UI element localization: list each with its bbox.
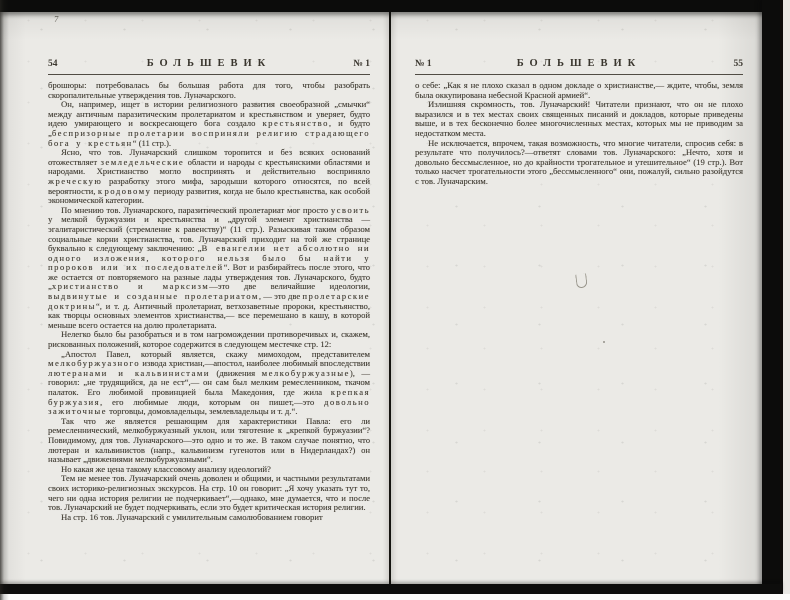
page-right: № 1 БОЛЬШЕВИК 55 о себе: „Как я не плохо…: [415, 58, 743, 187]
body-text-segment: „Апостол Павел, который является, скажу …: [61, 349, 370, 359]
scanned-book-spread: 54 БОЛЬШЕВИК № 1 брошюры: потребовалась …: [0, 0, 790, 600]
body-text-segment: извода христиан,—апостол, наиболее любим…: [140, 358, 370, 368]
body-text-segment: Тем не менее тов. Луначарский очень дово…: [48, 473, 370, 512]
body-text-segment: Но какая же цена такому классовому анали…: [61, 464, 271, 474]
paragraph: Не исключается, впрочем, такая возможнос…: [415, 139, 743, 187]
journal-masthead: БОЛЬШЕВИК: [94, 58, 324, 69]
scan-border-bottom: [0, 584, 782, 594]
paragraph: На стр. 16 тов. Луначарский с умилительн…: [48, 513, 370, 523]
scan-border-right: [762, 0, 783, 594]
issue-number: № 1: [415, 59, 461, 69]
dust-speck: [566, 143, 568, 146]
body-text-segment: “, и т. д. Античный пролетариат, ветхоза…: [48, 301, 370, 330]
dust-speck: [603, 341, 605, 343]
body-text-segment: Излишняя скромность, тов. Луначарский! Ч…: [415, 99, 743, 138]
paragraph: Тем не менее тов. Луначарский очень дово…: [48, 474, 370, 512]
paragraph: По мнению тов. Луначарского, паразитичес…: [48, 206, 370, 331]
book-gutter-fold: [389, 12, 391, 584]
emphasized-text: мелкобуржуазные: [262, 368, 350, 378]
page-number-right: 55: [697, 59, 743, 69]
body-text-segment: —это две величайшие идеологии,: [209, 281, 370, 291]
body-text-segment: Не исключается, впрочем, такая возможнос…: [415, 138, 743, 186]
body-text-segment: По мнению тов. Луначарского, паразитичес…: [61, 205, 331, 215]
emphasized-text: беспризорные пролетарии восприняли религ…: [48, 128, 370, 148]
emphasized-text: земледельческие: [101, 157, 185, 167]
paragraph: „Апостол Павел, который является, скажу …: [48, 350, 370, 417]
emphasized-text: родовому: [104, 186, 151, 196]
body-text-segment: торговцы, домовладельцы, землевладельцы …: [107, 406, 297, 416]
emphasized-text: жреческую: [48, 176, 102, 186]
page-text-right: о себе: „Как я не плохо сказал в одном д…: [415, 81, 743, 187]
stray-pencil-mark: 7: [53, 14, 59, 24]
journal-masthead: БОЛЬШЕВИК: [461, 58, 697, 69]
emphasized-text: лютеранами и кальвинистами: [48, 368, 210, 378]
body-text-segment: , — это две: [259, 291, 303, 301]
body-text-segment: Так что же является решающим для характе…: [48, 416, 370, 464]
body-text-segment: , его любимые люди, которым он пишет,—эт…: [100, 397, 324, 407]
scan-border-left: [0, 0, 9, 600]
paragraph: Нелегко было бы разобраться и в том нагр…: [48, 330, 370, 349]
ink-smudge-mark: [575, 273, 588, 288]
issue-number: № 1: [324, 59, 370, 69]
scan-border-top: [0, 0, 790, 12]
emphasized-text: крестьянство: [263, 118, 329, 128]
emphasized-text: усвоить: [331, 205, 370, 215]
paragraph: Ясно, что тов. Луначарский слишком тороп…: [48, 148, 370, 206]
body-text-segment: На стр. 16 тов. Луначарский с умилительн…: [61, 512, 323, 522]
page-left: 54 БОЛЬШЕВИК № 1 брошюры: потребовалась …: [48, 58, 370, 522]
emphasized-text: мелкобуржуазного: [48, 358, 140, 368]
paragraph: о себе: „Как я не плохо сказал в одном д…: [415, 81, 743, 100]
page-text-left: брошюры: потребовалась бы большая работа…: [48, 81, 370, 522]
body-text-segment: Нелегко было бы разобраться и в том нагр…: [48, 329, 370, 349]
body-text-segment: о себе: „Как я не плохо сказал в одном д…: [415, 80, 743, 100]
emphasized-text: христианство и марксизм: [52, 281, 209, 291]
paragraph: Он, например, ищет в истории религиозног…: [48, 100, 370, 148]
paragraph: брошюры: потребовалась бы большая работа…: [48, 81, 370, 100]
body-text-segment: “ (11 стр.).: [133, 138, 171, 148]
paragraph: Так что же является решающим для характе…: [48, 417, 370, 465]
scan-edge-bottom: [0, 594, 790, 600]
emphasized-text: выдвинутые и созданные пролетариатом: [48, 291, 259, 301]
body-text-segment: (движения: [210, 368, 262, 378]
scan-edge-right: [783, 0, 790, 594]
paragraph: Излишняя скромность, тов. Луначарский! Ч…: [415, 100, 743, 138]
running-head-right: № 1 БОЛЬШЕВИК 55: [415, 58, 743, 75]
body-text-segment: брошюры: потребовалась бы большая работа…: [48, 80, 370, 100]
page-number-left: 54: [48, 59, 94, 69]
running-head-left: 54 БОЛЬШЕВИК № 1: [48, 58, 370, 75]
